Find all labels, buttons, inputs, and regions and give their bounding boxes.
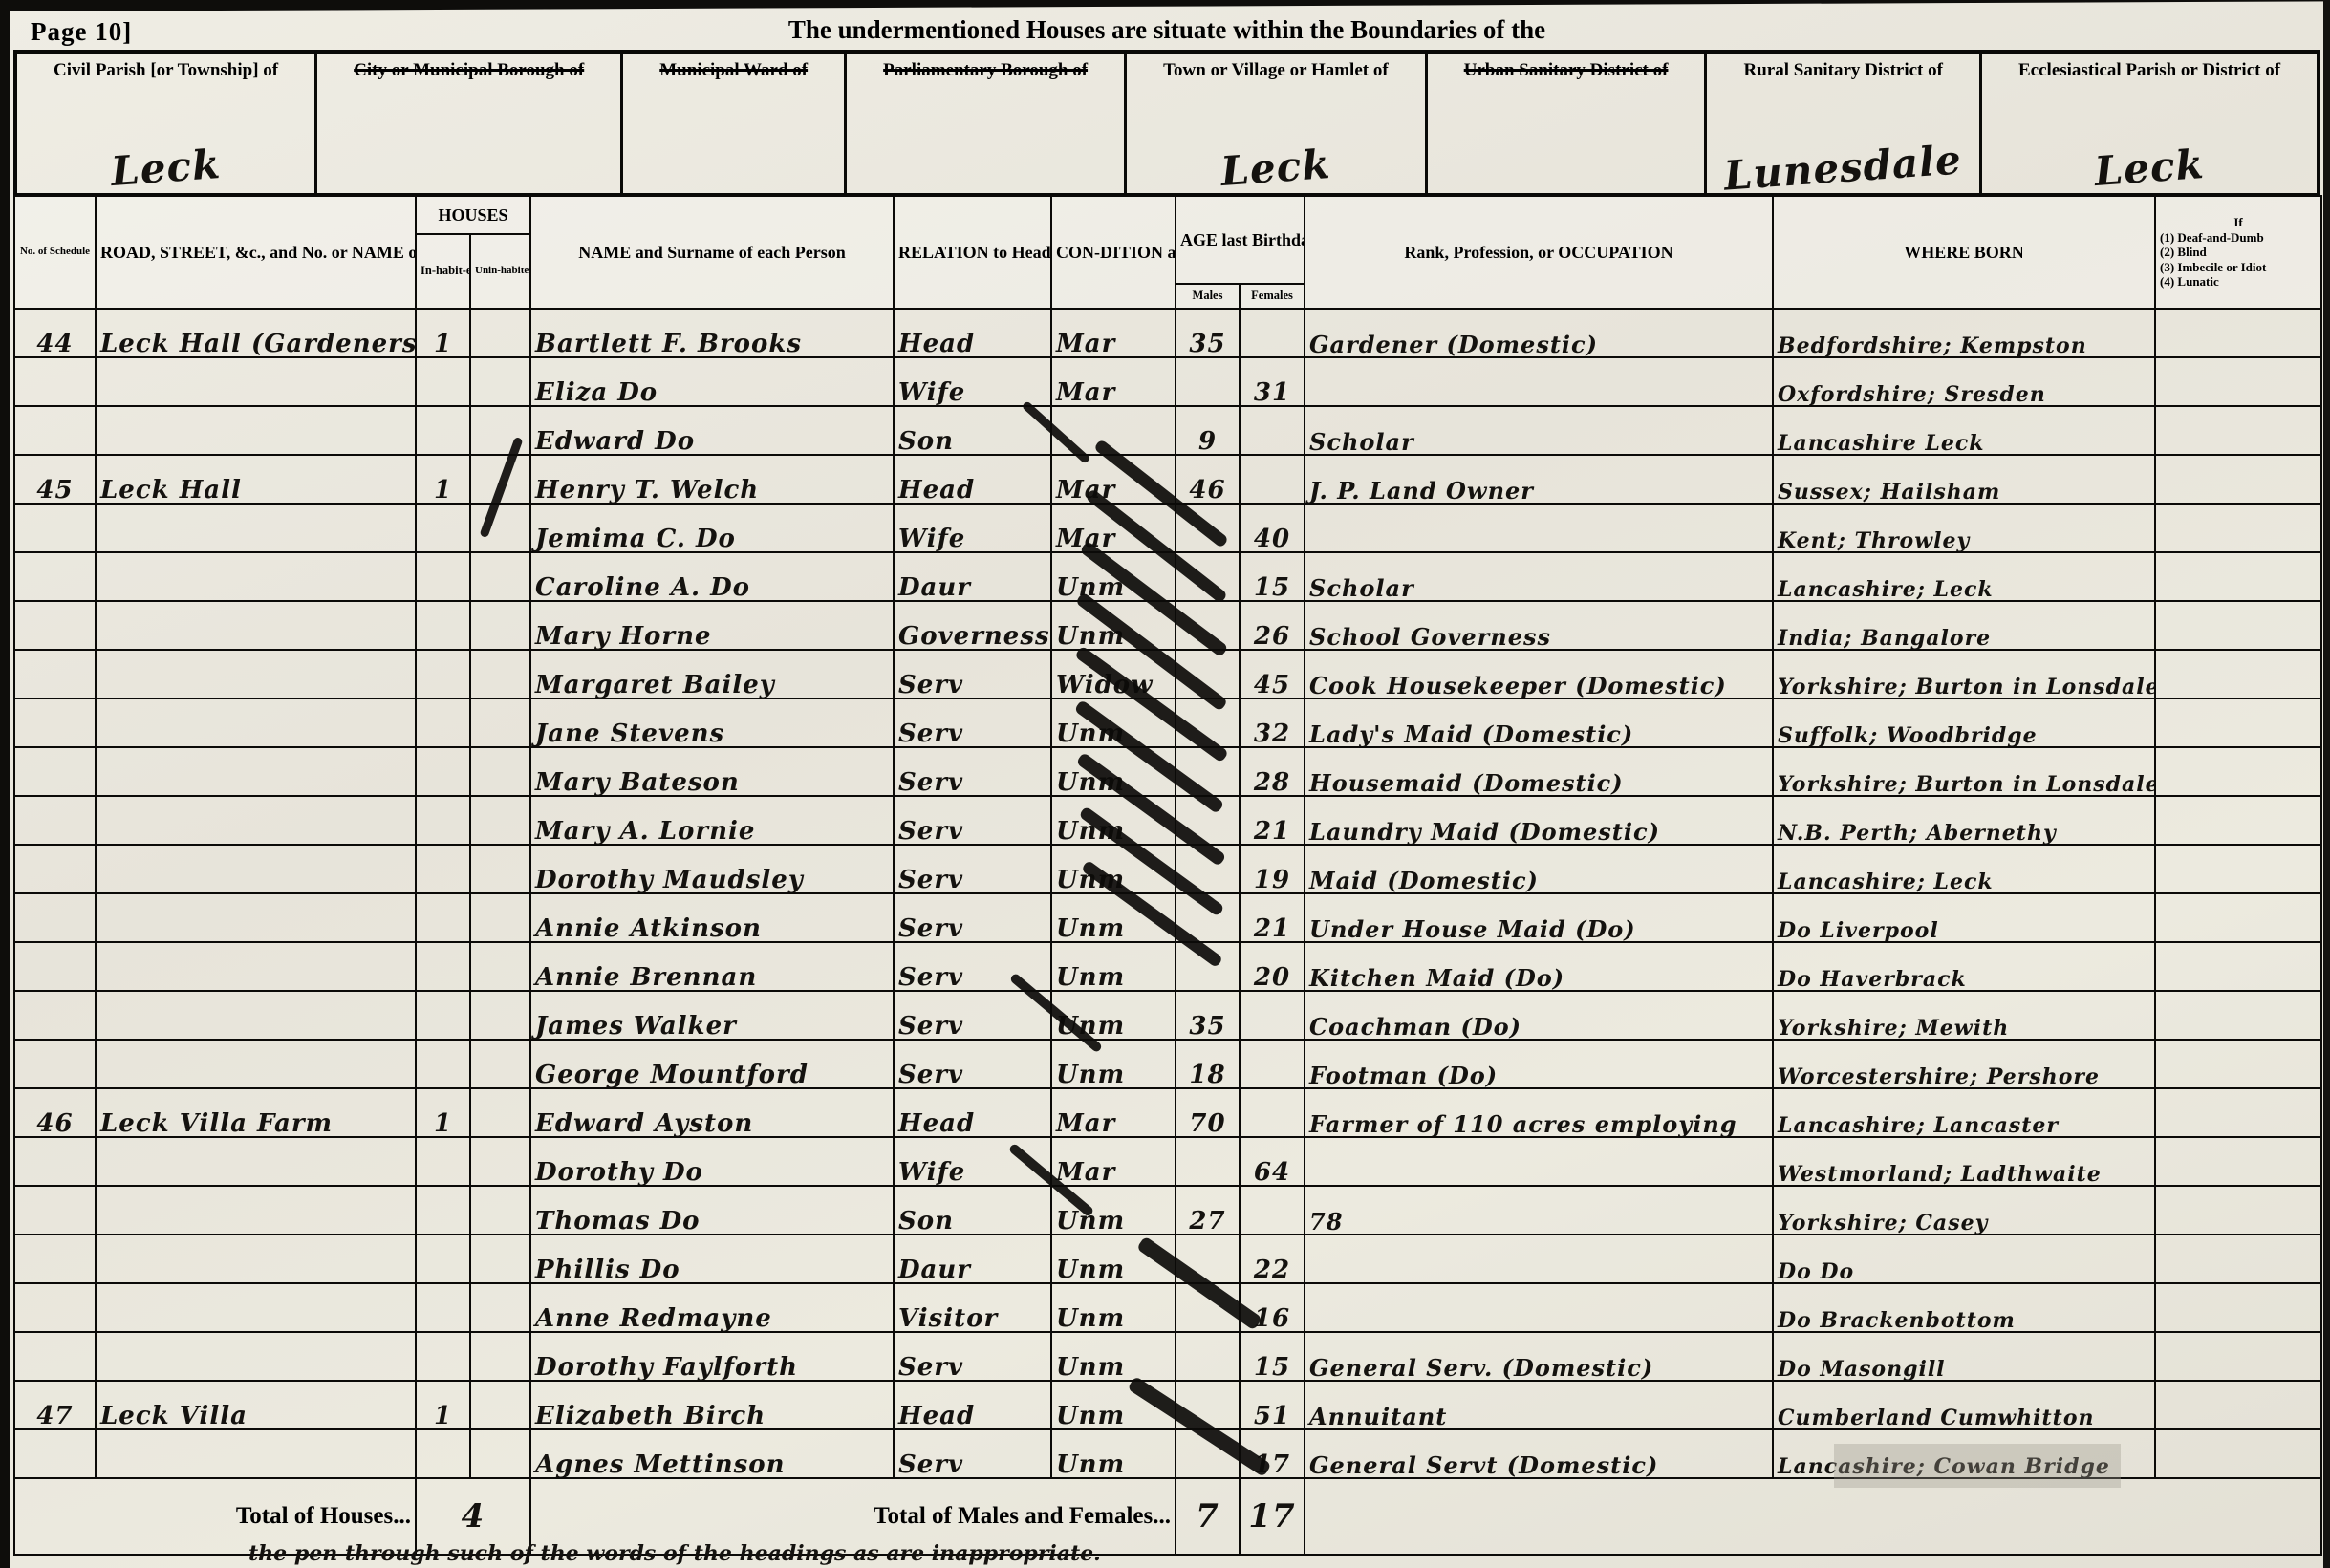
cell-occupation: Under House Maid (Do) — [1305, 893, 1773, 942]
cell-infirmity — [2155, 504, 2321, 552]
cell-name: Annie Brennan — [530, 942, 894, 991]
cell-uninhabited — [470, 1137, 530, 1186]
table-row: Mary Bateson Serv Unm 28 Housemaid (Dome… — [14, 747, 2321, 796]
cell-road — [96, 1283, 416, 1332]
cell-condition — [1051, 406, 1176, 455]
cell-inhabited — [416, 698, 470, 747]
table-row: Jemima C. Do Wife Mar 40 Kent; Throwley — [14, 504, 2321, 552]
cell-name: Eliza Do — [530, 357, 894, 406]
cell-uninhabited — [470, 747, 530, 796]
cell-where-born: Do Haverbrack — [1773, 942, 2155, 991]
cell-age-female: 15 — [1240, 552, 1305, 601]
cell-where-born: Yorkshire; Burton in Lonsdale — [1773, 747, 2155, 796]
cell-age-male — [1176, 893, 1240, 942]
census-table: No. of Schedule ROAD, STREET, &c., and N… — [13, 195, 2322, 1556]
header-box: Parliamentary Borough of — [847, 54, 1127, 193]
header-box-value: Leck — [16, 134, 316, 202]
cell-occupation: Maid (Domestic) — [1305, 845, 1773, 893]
cell-relation: Serv — [894, 942, 1051, 991]
col-name: NAME and Surname of each Person — [530, 196, 894, 309]
cell-infirmity — [2155, 1283, 2321, 1332]
cell-infirmity — [2155, 406, 2321, 455]
cell-relation: Daur — [894, 1235, 1051, 1283]
cell-age-male — [1176, 601, 1240, 650]
col-relation: RELATION to Head of Family — [894, 196, 1051, 309]
cell-condition: Unm — [1051, 1332, 1176, 1381]
cell-occupation: Scholar — [1305, 406, 1773, 455]
cell-age-female: 32 — [1240, 698, 1305, 747]
cell-schedule — [14, 406, 96, 455]
col-road: ROAD, STREET, &c., and No. or NAME of HO… — [96, 196, 416, 309]
cell-relation: Serv — [894, 650, 1051, 698]
header-box-value: Leck — [1981, 133, 2319, 203]
cell-condition: Unm — [1051, 1235, 1176, 1283]
table-row: Dorothy Do Wife Mar 64 Westmorland; Ladt… — [14, 1137, 2321, 1186]
cell-uninhabited — [470, 1235, 530, 1283]
cell-occupation: Footman (Do) — [1305, 1040, 1773, 1088]
cell-condition: Unm — [1051, 1186, 1176, 1235]
cell-uninhabited — [470, 601, 530, 650]
col-condition: CON-DITION as to Marriage — [1051, 196, 1176, 309]
infirmity-line: (1) Deaf-and-Dumb — [2160, 230, 2317, 246]
cell-inhabited — [416, 406, 470, 455]
cell-name: Dorothy Do — [530, 1137, 894, 1186]
cell-inhabited — [416, 357, 470, 406]
table-row: George Mountford Serv Unm 18 Footman (Do… — [14, 1040, 2321, 1088]
table-row: Annie Atkinson Serv Unm 21 Under House M… — [14, 893, 2321, 942]
cell-condition: Mar — [1051, 455, 1176, 504]
cell-infirmity — [2155, 1235, 2321, 1283]
cell-occupation: Coachman (Do) — [1305, 991, 1773, 1040]
cell-infirmity — [2155, 942, 2321, 991]
cell-uninhabited — [470, 1283, 530, 1332]
cell-road — [96, 504, 416, 552]
cell-condition: Unm — [1051, 1040, 1176, 1088]
cell-age-female — [1240, 991, 1305, 1040]
cell-schedule — [14, 796, 96, 845]
cell-condition: Mar — [1051, 1088, 1176, 1137]
cell-road — [96, 942, 416, 991]
cell-occupation — [1305, 504, 1773, 552]
scan-edge — [0, 0, 2330, 11]
cell-inhabited — [416, 1186, 470, 1235]
table-row: 46 Leck Villa Farm 1 Edward Ayston Head … — [14, 1088, 2321, 1137]
table-row: Dorothy Maudsley Serv Unm 19 Maid (Domes… — [14, 845, 2321, 893]
cell-age-male — [1176, 1332, 1240, 1381]
cell-age-female: 17 — [1240, 1429, 1305, 1478]
cell-infirmity — [2155, 650, 2321, 698]
table-row: 45 Leck Hall 1 Henry T. Welch Head Mar 4… — [14, 455, 2321, 504]
cell-infirmity — [2155, 893, 2321, 942]
cell-age-male: 27 — [1176, 1186, 1240, 1235]
header-box-value: Leck — [1126, 134, 1426, 202]
table-row: Annie Brennan Serv Unm 20 Kitchen Maid (… — [14, 942, 2321, 991]
cell-condition: Unm — [1051, 845, 1176, 893]
title-band: Page 10] The undermentioned Houses are s… — [13, 13, 2320, 48]
table-row: 47 Leck Villa 1 Elizabeth Birch Head Unm… — [14, 1381, 2321, 1429]
cell-age-male — [1176, 1137, 1240, 1186]
cell-age-male — [1176, 845, 1240, 893]
header-boxes: Civil Parish [or Township] of Leck City … — [13, 50, 2320, 197]
table-row: Thomas Do Son Unm 27 78 Yorkshire; Casey — [14, 1186, 2321, 1235]
cell-relation: Serv — [894, 1332, 1051, 1381]
cell-age-male — [1176, 942, 1240, 991]
cell-road: Leck Villa — [96, 1381, 416, 1429]
cell-name: Mary A. Lornie — [530, 796, 894, 845]
cell-schedule — [14, 1137, 96, 1186]
header-box: City or Municipal Borough of — [317, 54, 623, 193]
cell-age-female: 26 — [1240, 601, 1305, 650]
cell-infirmity — [2155, 747, 2321, 796]
cell-age-male — [1176, 1429, 1240, 1478]
cell-age-female: 19 — [1240, 845, 1305, 893]
cell-age-female: 21 — [1240, 893, 1305, 942]
cell-occupation — [1305, 1235, 1773, 1283]
cell-condition: Unm — [1051, 991, 1176, 1040]
cell-schedule — [14, 552, 96, 601]
cell-road — [96, 406, 416, 455]
cell-condition: Unm — [1051, 747, 1176, 796]
cell-infirmity — [2155, 1429, 2321, 1478]
cell-occupation: Scholar — [1305, 552, 1773, 601]
cell-age-female: 40 — [1240, 504, 1305, 552]
cell-name: Bartlett F. Brooks — [530, 309, 894, 357]
cell-schedule — [14, 1040, 96, 1088]
cell-schedule — [14, 1429, 96, 1478]
cell-infirmity — [2155, 357, 2321, 406]
cell-occupation — [1305, 357, 1773, 406]
table-row: Margaret Bailey Serv Widow 45 Cook House… — [14, 650, 2321, 698]
table-row: Phillis Do Daur Unm 22 Do Do — [14, 1235, 2321, 1283]
cell-age-male — [1176, 1235, 1240, 1283]
cell-inhabited — [416, 1283, 470, 1332]
cell-schedule: 44 — [14, 309, 96, 357]
cell-schedule — [14, 650, 96, 698]
cell-uninhabited — [470, 1040, 530, 1088]
infirmity-line: (3) Imbecile or Idiot — [2160, 260, 2317, 275]
cell-road — [96, 747, 416, 796]
table-row: Edward Do Son 9 Scholar Lancashire Leck — [14, 406, 2321, 455]
cell-where-born: Do Liverpool — [1773, 893, 2155, 942]
cell-road — [96, 601, 416, 650]
cell-where-born: Cumberland Cumwhitton — [1773, 1381, 2155, 1429]
cell-uninhabited — [470, 698, 530, 747]
cell-name: Mary Horne — [530, 601, 894, 650]
cell-name: Dorothy Faylforth — [530, 1332, 894, 1381]
cell-where-born: Do Masongill — [1773, 1332, 2155, 1381]
cell-age-male — [1176, 650, 1240, 698]
infirmity-line: (2) Blind — [2160, 245, 2317, 260]
cell-where-born: Yorkshire; Casey — [1773, 1186, 2155, 1235]
cell-occupation: General Servt (Domestic) — [1305, 1429, 1773, 1478]
cell-inhabited — [416, 942, 470, 991]
cell-age-female — [1240, 406, 1305, 455]
cell-age-female: 31 — [1240, 357, 1305, 406]
cell-age-female: 16 — [1240, 1283, 1305, 1332]
cell-road — [96, 650, 416, 698]
cell-infirmity — [2155, 1137, 2321, 1186]
cell-age-male: 70 — [1176, 1088, 1240, 1137]
total-females-value: 17 — [1240, 1478, 1305, 1555]
cell-occupation: Gardener (Domestic) — [1305, 309, 1773, 357]
cell-condition: Mar — [1051, 309, 1176, 357]
scan-edge — [2323, 0, 2330, 1568]
cell-infirmity — [2155, 796, 2321, 845]
cell-uninhabited — [470, 796, 530, 845]
cell-occupation: General Serv. (Domestic) — [1305, 1332, 1773, 1381]
header-box-label: Municipal Ward of — [631, 59, 836, 82]
cell-age-female — [1240, 1088, 1305, 1137]
footer-instruction: the pen through such of the words of the… — [248, 1541, 1101, 1566]
cell-occupation: School Governess — [1305, 601, 1773, 650]
cell-occupation: Laundry Maid (Domestic) — [1305, 796, 1773, 845]
cell-relation: Wife — [894, 1137, 1051, 1186]
cell-where-born: Worcestershire; Pershore — [1773, 1040, 2155, 1088]
cell-inhabited: 1 — [416, 1381, 470, 1429]
cell-condition: Unm — [1051, 942, 1176, 991]
header-box-label: Town or Village or Hamlet of — [1134, 59, 1417, 82]
cell-condition: Unm — [1051, 1283, 1176, 1332]
infirmity-line: (4) Lunatic — [2160, 274, 2317, 290]
header-box: Municipal Ward of — [623, 54, 847, 193]
cell-name: Mary Bateson — [530, 747, 894, 796]
cell-inhabited — [416, 796, 470, 845]
cell-schedule: 45 — [14, 455, 96, 504]
cell-age-female: 15 — [1240, 1332, 1305, 1381]
cell-road — [96, 893, 416, 942]
cell-age-male — [1176, 1283, 1240, 1332]
cell-age-male — [1176, 747, 1240, 796]
cell-uninhabited — [470, 504, 530, 552]
header-box: Civil Parish [or Township] of Leck — [17, 54, 317, 193]
cell-relation: Daur — [894, 552, 1051, 601]
cell-road — [96, 698, 416, 747]
cell-inhabited — [416, 1429, 470, 1478]
cell-where-born: India; Bangalore — [1773, 601, 2155, 650]
cell-road — [96, 796, 416, 845]
cell-where-born: Lancashire; Leck — [1773, 552, 2155, 601]
col-age: AGE last Birthday of — [1176, 196, 1305, 284]
cell-name: Elizabeth Birch — [530, 1381, 894, 1429]
cell-age-female: 20 — [1240, 942, 1305, 991]
cell-age-male — [1176, 1381, 1240, 1429]
cell-schedule — [14, 845, 96, 893]
cell-age-female: 21 — [1240, 796, 1305, 845]
cell-relation: Visitor — [894, 1283, 1051, 1332]
cell-inhabited — [416, 1040, 470, 1088]
cell-road — [96, 357, 416, 406]
col-where-born: WHERE BORN — [1773, 196, 2155, 309]
cell-age-male — [1176, 796, 1240, 845]
cell-name: Agnes Mettinson — [530, 1429, 894, 1478]
cell-where-born: N.B. Perth; Abernethy — [1773, 796, 2155, 845]
table-row: James Walker Serv Unm 35 Coachman (Do) Y… — [14, 991, 2321, 1040]
cell-infirmity — [2155, 991, 2321, 1040]
cell-relation: Head — [894, 1381, 1051, 1429]
cell-occupation: Kitchen Maid (Do) — [1305, 942, 1773, 991]
col-males: Males — [1176, 284, 1240, 309]
cell-road: Leck Hall — [96, 455, 416, 504]
cell-where-born: Oxfordshire; Sresden — [1773, 357, 2155, 406]
cell-schedule — [14, 942, 96, 991]
totals-empty-cell — [1305, 1478, 2321, 1555]
cell-name: Thomas Do — [530, 1186, 894, 1235]
cell-uninhabited — [470, 1332, 530, 1381]
cell-schedule — [14, 747, 96, 796]
cell-age-male: 35 — [1176, 309, 1240, 357]
cell-road — [96, 1332, 416, 1381]
cell-infirmity — [2155, 698, 2321, 747]
cell-condition: Unm — [1051, 893, 1176, 942]
cell-uninhabited — [470, 942, 530, 991]
cell-relation: Wife — [894, 504, 1051, 552]
cell-relation: Serv — [894, 698, 1051, 747]
cell-condition: Unm — [1051, 1381, 1176, 1429]
cell-name: James Walker — [530, 991, 894, 1040]
cell-where-born: Suffolk; Woodbridge — [1773, 698, 2155, 747]
cell-uninhabited — [470, 357, 530, 406]
cell-schedule — [14, 893, 96, 942]
cell-inhabited — [416, 1332, 470, 1381]
cell-condition: Unm — [1051, 552, 1176, 601]
cell-name: Margaret Bailey — [530, 650, 894, 698]
scan-edge — [0, 0, 10, 1568]
cell-occupation: Annuitant — [1305, 1381, 1773, 1429]
cell-where-born: Bedfordshire; Kempston — [1773, 309, 2155, 357]
cell-uninhabited — [470, 650, 530, 698]
cell-uninhabited — [470, 406, 530, 455]
col-uninhabited: Unin-habited (U.), or Building (B.) — [470, 234, 530, 309]
cell-inhabited: 1 — [416, 455, 470, 504]
cell-condition: Unm — [1051, 601, 1176, 650]
col-houses: HOUSES — [416, 196, 530, 234]
cell-road — [96, 1429, 416, 1478]
cell-inhabited — [416, 1137, 470, 1186]
cell-inhabited: 1 — [416, 309, 470, 357]
cell-where-born: Westmorland; Ladthwaite — [1773, 1137, 2155, 1186]
cell-schedule — [14, 357, 96, 406]
cell-where-born: Sussex; Hailsham — [1773, 455, 2155, 504]
cell-infirmity — [2155, 309, 2321, 357]
cell-relation: Serv — [894, 747, 1051, 796]
cell-condition: Unm — [1051, 698, 1176, 747]
cell-road — [96, 991, 416, 1040]
cell-name: Edward Do — [530, 406, 894, 455]
cell-age-female: 45 — [1240, 650, 1305, 698]
page-title: The undermentioned Houses are situate wi… — [13, 15, 2320, 45]
cell-relation: Son — [894, 1186, 1051, 1235]
cell-road — [96, 845, 416, 893]
table-row: Jane Stevens Serv Unm 32 Lady's Maid (Do… — [14, 698, 2321, 747]
cell-uninhabited — [470, 1186, 530, 1235]
cell-schedule — [14, 504, 96, 552]
cell-age-female — [1240, 1186, 1305, 1235]
cell-uninhabited — [470, 1088, 530, 1137]
cell-occupation: 78 — [1305, 1186, 1773, 1235]
table-header: No. of Schedule ROAD, STREET, &c., and N… — [14, 196, 2321, 309]
cell-occupation: Lady's Maid (Domestic) — [1305, 698, 1773, 747]
cell-road — [96, 1186, 416, 1235]
cell-age-female: 28 — [1240, 747, 1305, 796]
cell-condition: Mar — [1051, 504, 1176, 552]
cell-condition: Mar — [1051, 357, 1176, 406]
cell-name: Jemima C. Do — [530, 504, 894, 552]
cell-infirmity — [2155, 1186, 2321, 1235]
cell-road — [96, 1235, 416, 1283]
cell-infirmity — [2155, 1332, 2321, 1381]
person-rows: 44 Leck Hall (Gardeners Cottage) 1 Bartl… — [14, 309, 2321, 1478]
cell-where-born: Yorkshire; Mewith — [1773, 991, 2155, 1040]
cell-schedule — [14, 1283, 96, 1332]
cell-infirmity — [2155, 1040, 2321, 1088]
cell-age-male — [1176, 357, 1240, 406]
cell-relation: Governess — [894, 601, 1051, 650]
header-box-label: Civil Parish [or Township] of — [25, 59, 307, 82]
cell-infirmity — [2155, 1088, 2321, 1137]
cell-relation: Son — [894, 406, 1051, 455]
cell-relation: Head — [894, 1088, 1051, 1137]
cell-infirmity — [2155, 455, 2321, 504]
cell-age-female — [1240, 309, 1305, 357]
cell-occupation: Farmer of 110 acres employing — [1305, 1088, 1773, 1137]
table-row: Mary Horne Governess Unm 26 School Gover… — [14, 601, 2321, 650]
cell-where-born: Lancashire; Lancaster — [1773, 1088, 2155, 1137]
col-occupation: Rank, Profession, or OCCUPATION — [1305, 196, 1773, 309]
cell-relation: Head — [894, 455, 1051, 504]
cell-name: Edward Ayston — [530, 1088, 894, 1137]
header-box: Ecclesiastical Parish or District of Lec… — [1982, 54, 2317, 193]
cell-inhabited — [416, 893, 470, 942]
cell-where-born: Lancashire; Leck — [1773, 845, 2155, 893]
cell-inhabited — [416, 552, 470, 601]
cell-age-male: 9 — [1176, 406, 1240, 455]
cell-name: George Mountford — [530, 1040, 894, 1088]
cell-relation: Serv — [894, 991, 1051, 1040]
cell-road — [96, 1137, 416, 1186]
cell-road: Leck Hall (Gardeners Cottage) — [96, 309, 416, 357]
cell-age-female: 22 — [1240, 1235, 1305, 1283]
cell-road: Leck Villa Farm — [96, 1088, 416, 1137]
cell-name: Henry T. Welch — [530, 455, 894, 504]
cell-condition: Mar — [1051, 1137, 1176, 1186]
cell-relation: Wife — [894, 357, 1051, 406]
table-row: Anne Redmayne Visitor Unm 16 Do Brackenb… — [14, 1283, 2321, 1332]
cell-inhabited — [416, 601, 470, 650]
cell-schedule: 47 — [14, 1381, 96, 1429]
cell-name: Caroline A. Do — [530, 552, 894, 601]
cell-age-female — [1240, 1040, 1305, 1088]
cell-age-female — [1240, 455, 1305, 504]
cell-where-born: Do Do — [1773, 1235, 2155, 1283]
cell-name: Anne Redmayne — [530, 1283, 894, 1332]
header-box-label: City or Municipal Borough of — [325, 59, 613, 82]
faded-stamp — [1834, 1478, 2121, 1488]
cell-occupation: Housemaid (Domestic) — [1305, 747, 1773, 796]
cell-infirmity — [2155, 601, 2321, 650]
header-box: Urban Sanitary District of — [1428, 54, 1708, 193]
cell-schedule — [14, 601, 96, 650]
cell-condition: Unm — [1051, 1429, 1176, 1478]
cell-occupation — [1305, 1137, 1773, 1186]
cell-occupation: Cook Housekeeper (Domestic) — [1305, 650, 1773, 698]
cell-uninhabited — [470, 309, 530, 357]
cell-uninhabited — [470, 455, 530, 504]
header-box-label: Parliamentary Borough of — [854, 59, 1116, 82]
cell-occupation — [1305, 1283, 1773, 1332]
cell-infirmity — [2155, 552, 2321, 601]
cell-uninhabited — [470, 1429, 530, 1478]
cell-schedule — [14, 698, 96, 747]
